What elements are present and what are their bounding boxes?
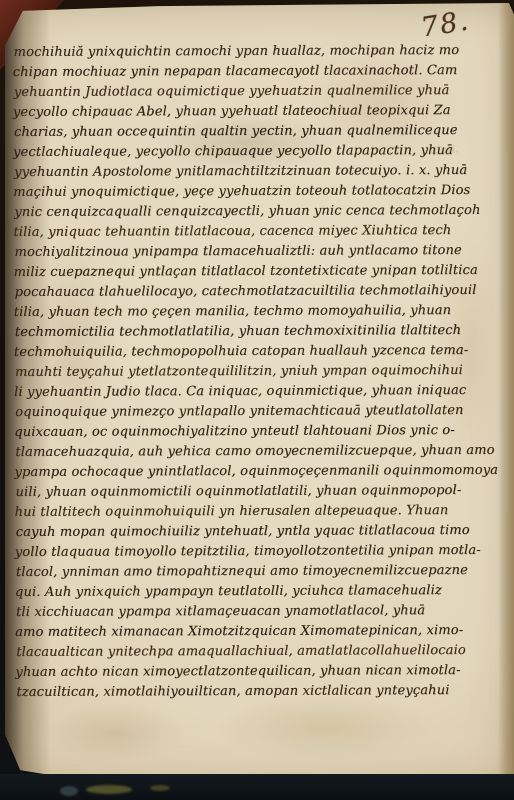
manuscript-page: 78. 1.Cori. mochihuiă ynixquichtin camoc… <box>5 3 514 789</box>
manuscript-line: quixcauan, oc oquinmochiyalitzino ynteut… <box>14 421 452 443</box>
manuscript-line: uili, yhuan oquinmomictili oquinmotlatla… <box>15 481 453 503</box>
manuscript-line: tilia, yhuan tech mo çeçen manilia, tech… <box>14 301 452 323</box>
manuscript-line: yyehuantin Apostolome ynitlamachtiltzitz… <box>14 161 452 183</box>
manuscript-line: yhuan achto nican ximoyectlatzontequilic… <box>15 661 453 683</box>
manuscript-line: chipan mochiuaz ynin nepapan tlacamecayo… <box>13 61 451 83</box>
page-edge-decoration <box>86 785 132 794</box>
folio-number: 78. <box>419 5 472 43</box>
book-bottom-edge <box>0 774 514 800</box>
manuscript-line: charias, yhuan occequintin qualtin yecti… <box>14 121 452 143</box>
manuscript-line: tilia, yniquac tehuantin titlatlacoua, c… <box>13 221 451 243</box>
manuscript-line: tlacol, ynniman amo timopahtiznequi amo … <box>16 561 454 583</box>
manuscript-line: oquinoquique ynimezço yntlapallo ynitema… <box>15 401 453 423</box>
manuscript-line: ypampa ochocaque ynintlatlacol, oquinmoç… <box>14 461 452 483</box>
manuscript-line: mochiyalitzinoua ynipampa tlamacehualizt… <box>14 241 452 263</box>
manuscript-line: techmomictilia techmotlatlatilia, yhuan … <box>15 321 453 343</box>
manuscript-line: li yyehuantin Judio tlaca. Ca iniquac, o… <box>14 381 452 403</box>
manuscript-photo: 78. 1.Cori. mochihuiă ynixquichtin camoc… <box>0 0 514 800</box>
paper-stain <box>215 693 435 763</box>
manuscript-line: qui. Auh ynixquich ypampayn teutlatolli,… <box>15 581 453 603</box>
manuscript-line: ynic cenquizcaqualli cenquizcayectli, yh… <box>14 201 452 223</box>
manuscript-line: maçihui ynoquimictique, yeçe yyehuatzin … <box>13 181 451 203</box>
manuscript-line: yecyollo chipauac Abel, yhuan yyehuatl t… <box>13 101 451 123</box>
manuscript-line: tzacuiltican, ximotlaihiyouiltican, amop… <box>16 681 454 703</box>
manuscript-line: pocahauaca tlahuelilocayo, catechmotlatz… <box>15 281 453 303</box>
page-edge-decoration <box>150 785 170 791</box>
manuscript-line: yehuantin Judiotlaca oquimictique yyehua… <box>14 81 452 103</box>
manuscript-line: mochihuiă ynixquichtin camochi ypan hual… <box>14 41 452 63</box>
manuscript-line: tlamacehuazquia, auh yehica camo omoyecn… <box>15 441 453 463</box>
manuscript-line: amo matitech ximanacan Ximotzitzquican X… <box>15 621 453 643</box>
manuscript-line: yectlachiualeque, yecyollo chipauaque ye… <box>13 141 451 163</box>
manuscript-text-block: mochihuiă ynixquichtin camochi ypan hual… <box>13 41 454 703</box>
manuscript-line: techmohuiquilia, techmopopolhuia catopan… <box>14 341 452 363</box>
manuscript-line: tlacaualtican ynitechpa amaquallachiual,… <box>16 641 454 663</box>
manuscript-line: tli xicchiuacan ypampa xitlamaçeuacan yn… <box>16 601 454 623</box>
manuscript-line: miliz cuepaznequi yntlaçan titlatlacol t… <box>14 261 452 283</box>
page-edge-strip <box>498 3 514 789</box>
manuscript-line: yollo tlaquaua timoyollo tepitztilia, ti… <box>15 541 453 563</box>
manuscript-line: cayuh mopan quimochiuiliz yntehuatl, ynt… <box>16 521 454 543</box>
paper-stain <box>45 703 185 763</box>
manuscript-line: mauhti teyçahui ytetlatzontequililitzin,… <box>15 361 453 383</box>
page-edge-decoration <box>60 786 78 796</box>
manuscript-line: hui tlaltitech oquinmohuiquili yn hierus… <box>15 501 453 523</box>
